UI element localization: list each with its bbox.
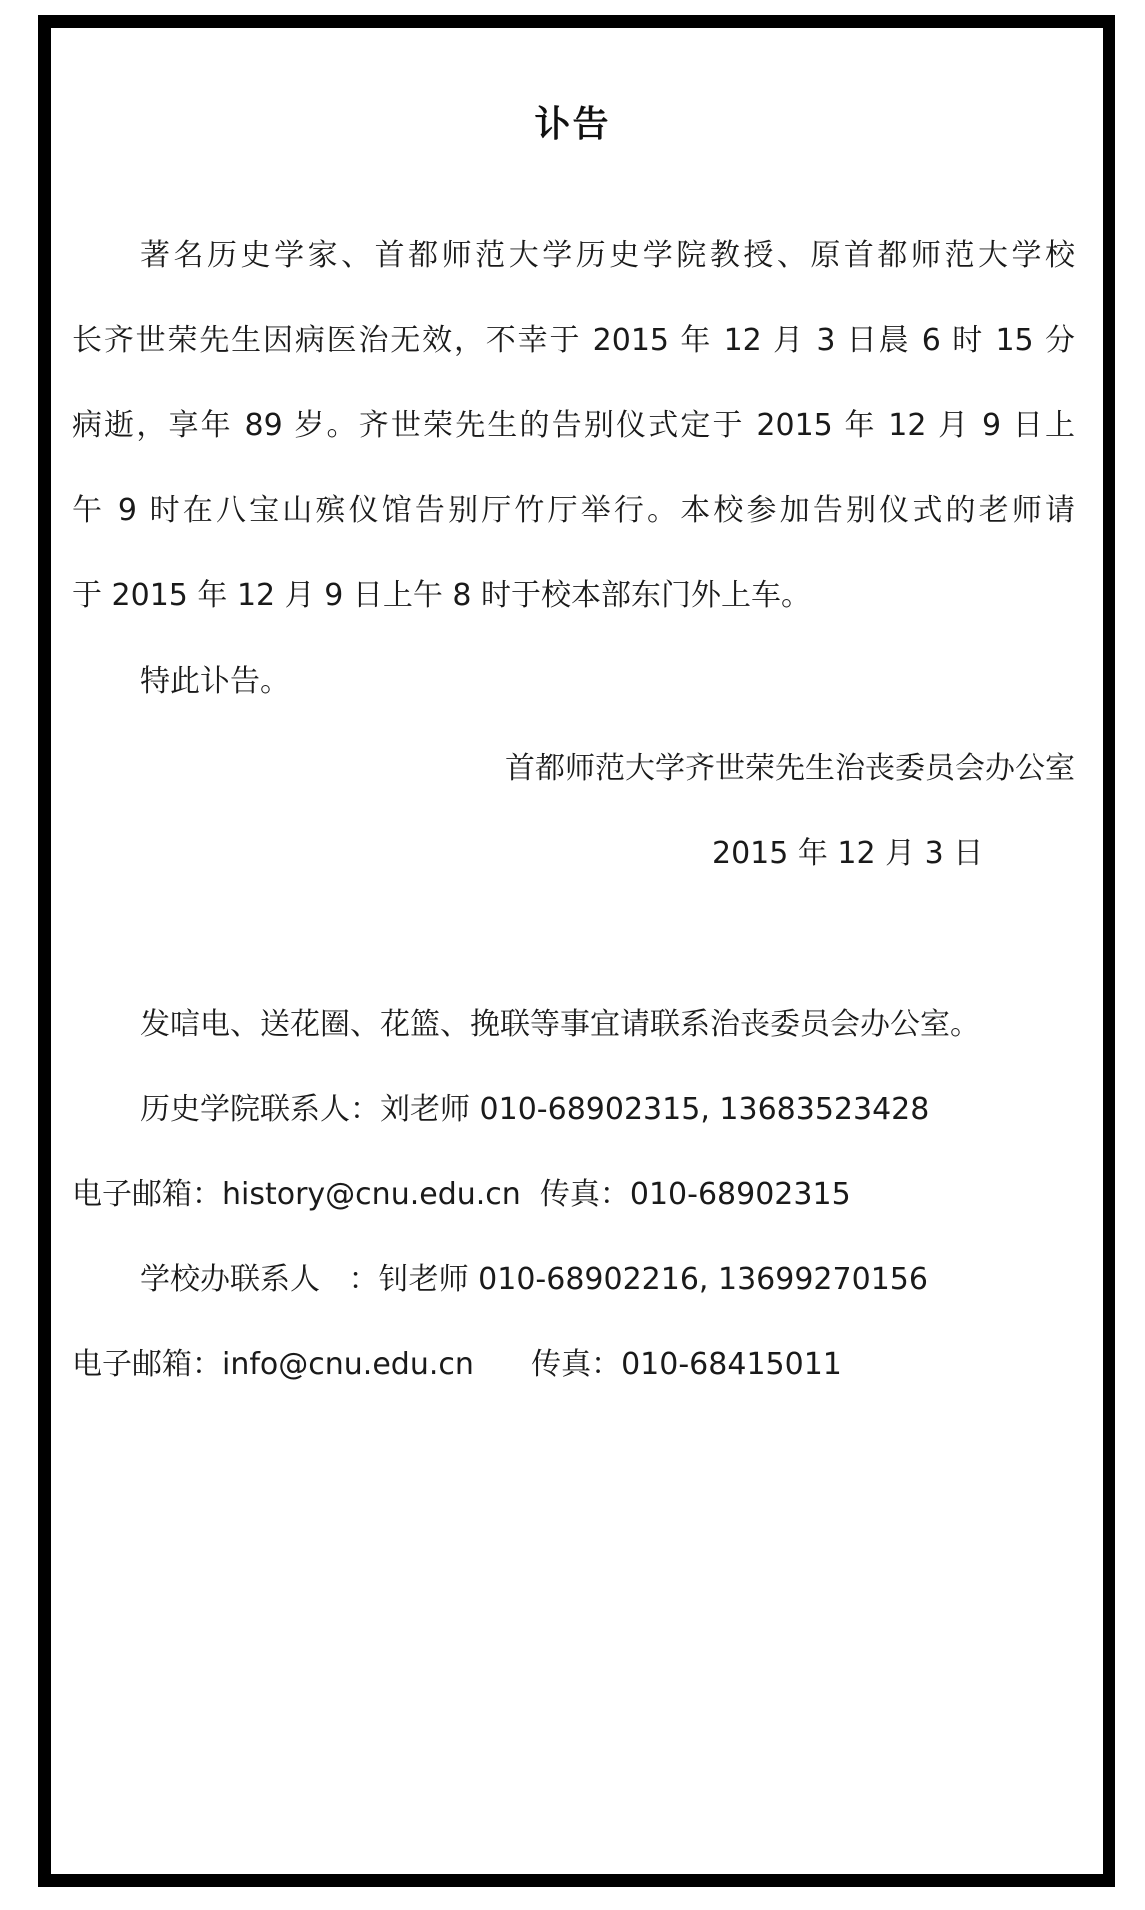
body-line-5: 于 2015 年 12 月 9 日上午 8 时于校本部东门外上车。 bbox=[72, 576, 811, 616]
school-office-email-fax: 电子邮箱：info@cnu.edu.cn 传真：010-68415011 bbox=[72, 1345, 842, 1385]
notice-text: 发唁电、送花圈、花篮、挽联等事宜请联系治丧委员会办公室。 bbox=[140, 1005, 980, 1045]
body-line-3: 病逝，享年 89 岁。齐世荣先生的告别仪式定于 2015 年 12 月 9 日上 bbox=[72, 406, 1075, 446]
page-title: 讣告 bbox=[0, 102, 1145, 146]
closing-text: 特此讣告。 bbox=[140, 662, 290, 702]
history-contact: 历史学院联系人：刘老师 010-68902315, 13683523428 bbox=[140, 1090, 929, 1130]
body-line-4: 午 9 时在八宝山殡仪馆告别厅竹厅举行。本校参加告别仪式的老师请 bbox=[72, 491, 1075, 531]
signature: 首都师范大学齐世荣先生治丧委员会办公室 bbox=[505, 749, 1075, 789]
date: 2015 年 12 月 3 日 bbox=[712, 834, 983, 874]
school-office-contact: 学校办联系人 ：钊老师 010-68902216, 13699270156 bbox=[140, 1260, 928, 1300]
body-line-2: 长齐世荣先生因病医治无效，不幸于 2015 年 12 月 3 日晨 6 时 15… bbox=[72, 321, 1075, 361]
body-line-1: 著名历史学家、首都师范大学历史学院教授、原首都师范大学校 bbox=[140, 236, 1075, 276]
page-border bbox=[38, 15, 1115, 1887]
history-email-fax: 电子邮箱：history@cnu.edu.cn 传真：010-68902315 bbox=[72, 1175, 851, 1215]
